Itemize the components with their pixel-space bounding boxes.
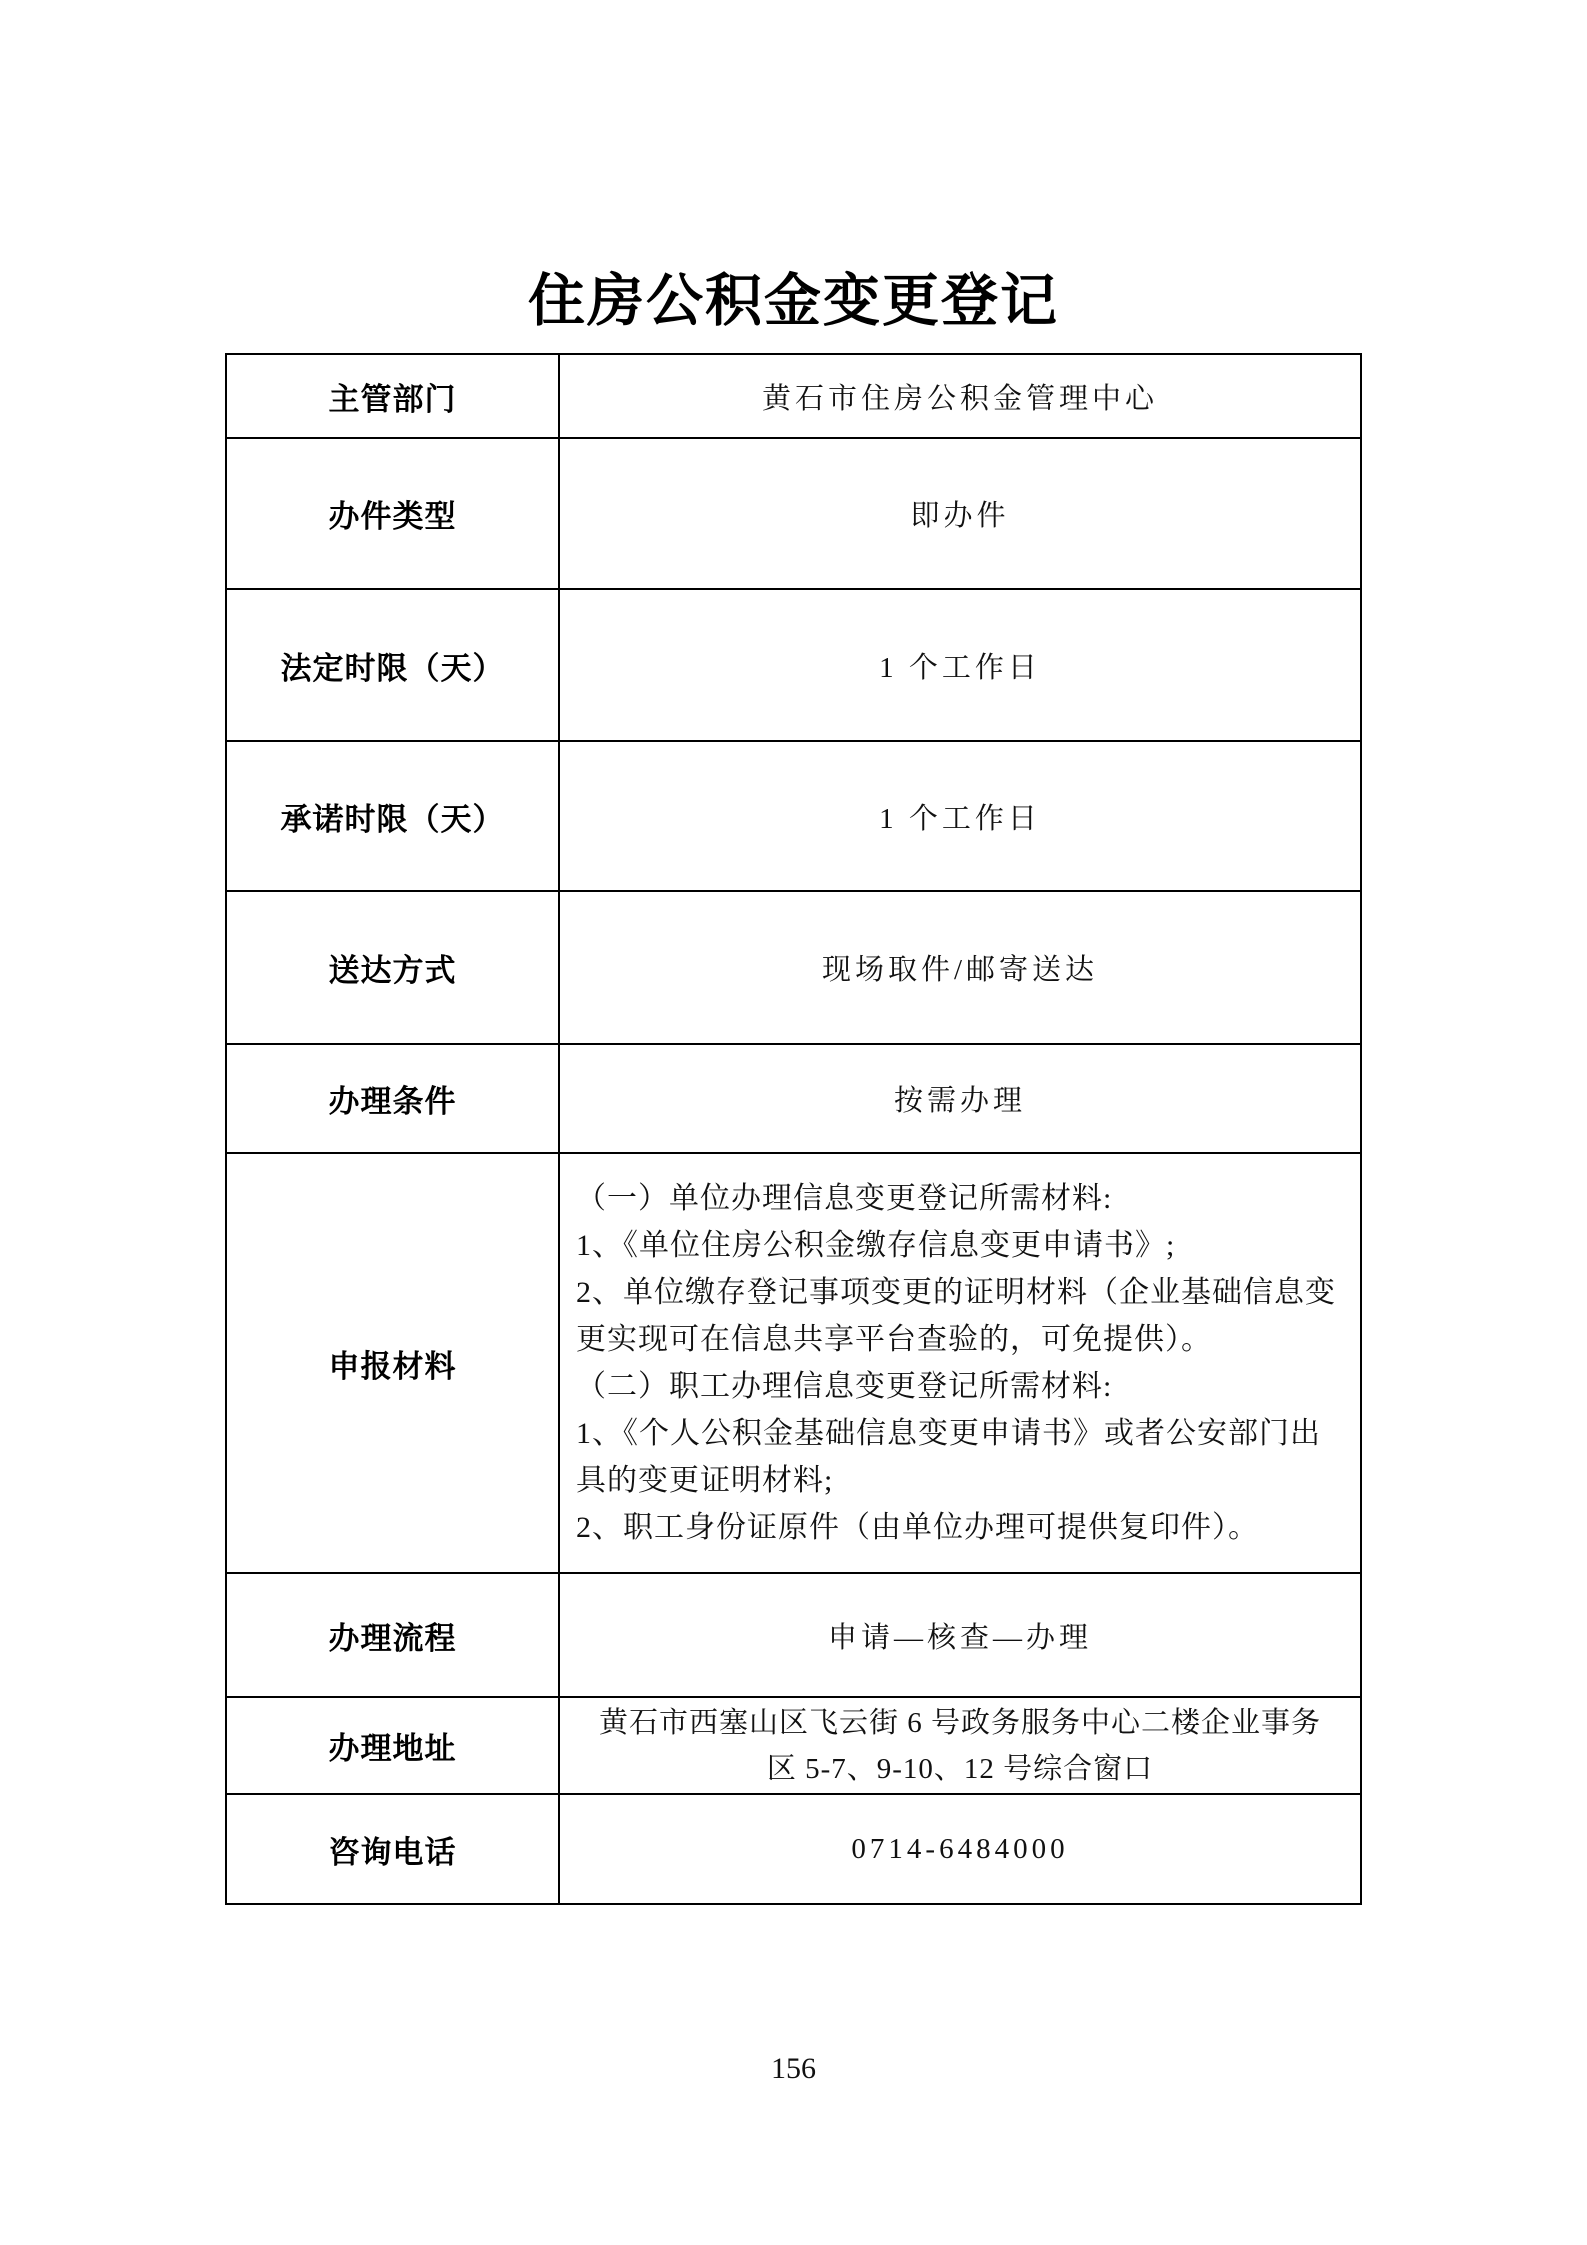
row-value: 1 个工作日 — [560, 742, 1360, 890]
table-row: 法定时限（天） 1 个工作日 — [227, 588, 1360, 740]
row-label: 承诺时限（天） — [227, 742, 560, 890]
document-page: 住房公积金变更登记 主管部门 黄石市住房公积金管理中心 办件类型 即办件 法定时… — [0, 0, 1587, 2245]
row-label: 办理流程 — [227, 1574, 560, 1696]
row-label: 办件类型 — [227, 439, 560, 588]
table-row: 咨询电话 0714-6484000 — [227, 1793, 1360, 1903]
table-row: 承诺时限（天） 1 个工作日 — [227, 740, 1360, 890]
row-label: 法定时限（天） — [227, 590, 560, 740]
table-row: 办理地址 黄石市西塞山区飞云街 6 号政务服务中心二楼企业事务 区 5-7、9-… — [227, 1696, 1360, 1793]
row-value: 现场取件/邮寄送达 — [560, 892, 1360, 1043]
table-row: 申报材料 （一）单位办理信息变更登记所需材料: 1、《单位住房公积金缴存信息变更… — [227, 1152, 1360, 1572]
row-value: 申请—核查—办理 — [560, 1574, 1360, 1696]
service-info-table: 主管部门 黄石市住房公积金管理中心 办件类型 即办件 法定时限（天） 1 个工作… — [225, 353, 1362, 1905]
table-row: 送达方式 现场取件/邮寄送达 — [227, 890, 1360, 1043]
row-value-address: 黄石市西塞山区飞云街 6 号政务服务中心二楼企业事务 区 5-7、9-10、12… — [560, 1698, 1360, 1793]
row-label: 送达方式 — [227, 892, 560, 1043]
row-value: 按需办理 — [560, 1045, 1360, 1152]
table-row: 办理流程 申请—核查—办理 — [227, 1572, 1360, 1696]
table-row: 主管部门 黄石市住房公积金管理中心 — [227, 355, 1360, 437]
row-label: 咨询电话 — [227, 1795, 560, 1903]
page-number: 156 — [0, 2052, 1587, 2086]
table-row: 办理条件 按需办理 — [227, 1043, 1360, 1152]
row-value: 1 个工作日 — [560, 590, 1360, 740]
table-row: 办件类型 即办件 — [227, 437, 1360, 588]
row-label: 办理地址 — [227, 1698, 560, 1793]
row-value: 即办件 — [560, 439, 1360, 588]
page-title: 住房公积金变更登记 — [0, 268, 1587, 336]
row-label: 办理条件 — [227, 1045, 560, 1152]
row-label: 主管部门 — [227, 355, 560, 437]
row-label: 申报材料 — [227, 1154, 560, 1572]
row-value-materials: （一）单位办理信息变更登记所需材料: 1、《单位住房公积金缴存信息变更申请书》;… — [560, 1154, 1360, 1572]
row-value: 0714-6484000 — [560, 1795, 1360, 1903]
row-value: 黄石市住房公积金管理中心 — [560, 355, 1360, 437]
